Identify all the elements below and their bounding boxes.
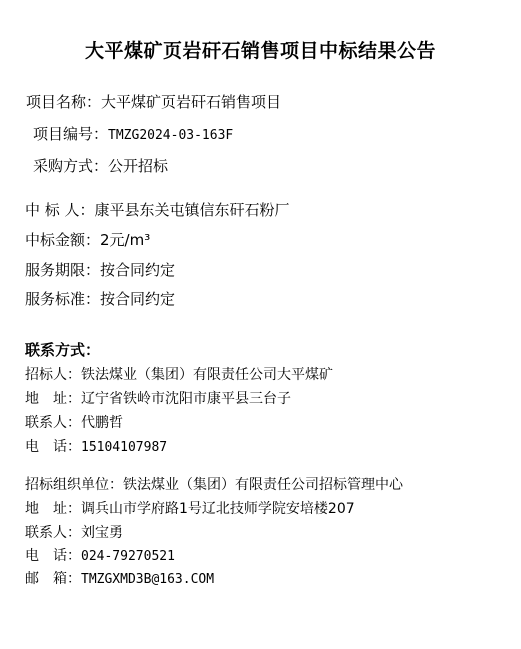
field-organizer-phone: 电 话：024-79270521 xyxy=(25,548,175,565)
field-project-name: 项目名称：大平煤矿页岩矸石销售项目 xyxy=(26,93,281,111)
tenderer-phone-label: 电 话： xyxy=(25,439,81,455)
tenderer-person-label: 联系人： xyxy=(25,415,81,431)
field-tenderer-address: 地 址：辽宁省铁岭市沈阳市康平县三台子 xyxy=(25,391,291,408)
organizer-phone-value: 024-79270521 xyxy=(81,549,175,564)
project-number-label: 项目编号： xyxy=(33,125,108,143)
winner-value: 康平县东关屯镇信东矸石粉厂 xyxy=(95,201,290,219)
field-service-period: 服务期限：按合同约定 xyxy=(25,261,175,279)
procurement-method-value: 公开招标 xyxy=(108,157,168,175)
field-project-number: 项目编号：TMZG2024-03-163F xyxy=(33,125,233,145)
winner-label: 中 标 人： xyxy=(25,201,95,219)
contact-heading: 联系方式： xyxy=(25,341,100,359)
tenderer-phone-value: 15104107987 xyxy=(81,440,167,455)
field-procurement-method: 采购方式：公开招标 xyxy=(33,157,168,175)
project-name-value: 大平煤矿页岩矸石销售项目 xyxy=(101,93,281,111)
announcement-page: 大平煤矿页岩矸石销售项目中标结果公告 项目名称：大平煤矿页岩矸石销售项目 项目编… xyxy=(0,0,521,649)
organizer-org-value: 铁法煤业（集团）有限责任公司招标管理中心 xyxy=(123,477,403,493)
field-organizer-org: 招标组织单位：铁法煤业（集团）有限责任公司招标管理中心 xyxy=(25,477,403,494)
tenderer-org-value: 铁法煤业（集团）有限责任公司大平煤矿 xyxy=(81,367,333,383)
project-number-value: TMZG2024-03-163F xyxy=(108,128,233,143)
field-organizer-address: 地 址：调兵山市学府路1号辽北技师学院安培楼207 xyxy=(25,501,355,518)
organizer-person-value: 刘宝勇 xyxy=(81,525,123,541)
organizer-org-label: 招标组织单位： xyxy=(25,477,123,493)
field-service-standard: 服务标准：按合同约定 xyxy=(25,290,175,308)
tenderer-address-value: 辽宁省铁岭市沈阳市康平县三台子 xyxy=(81,391,291,407)
organizer-email-value: TMZGXMD3B@163.COM xyxy=(81,572,214,587)
field-organizer-person: 联系人：刘宝勇 xyxy=(25,525,123,542)
service-standard-value: 按合同约定 xyxy=(100,290,175,308)
award-amount-label: 中标金额： xyxy=(25,231,100,249)
field-award-amount: 中标金额：2元/m³ xyxy=(25,231,150,249)
organizer-email-label: 邮 箱： xyxy=(25,571,81,587)
organizer-phone-label: 电 话： xyxy=(25,548,81,564)
tenderer-org-label: 招标人： xyxy=(25,367,81,383)
field-winner: 中 标 人：康平县东关屯镇信东矸石粉厂 xyxy=(25,201,290,219)
award-amount-value: 2元/m³ xyxy=(100,231,150,249)
tenderer-person-value: 代鹏哲 xyxy=(81,415,123,431)
organizer-address-value: 调兵山市学府路1号辽北技师学院安培楼207 xyxy=(81,501,355,517)
field-tenderer-org: 招标人：铁法煤业（集团）有限责任公司大平煤矿 xyxy=(25,367,333,384)
organizer-address-label: 地 址： xyxy=(25,501,81,517)
project-name-label: 项目名称： xyxy=(26,93,101,111)
field-tenderer-person: 联系人：代鹏哲 xyxy=(25,415,123,432)
procurement-method-label: 采购方式： xyxy=(33,157,108,175)
service-standard-label: 服务标准： xyxy=(25,290,100,308)
tenderer-address-label: 地 址： xyxy=(25,391,81,407)
field-tenderer-phone: 电 话：15104107987 xyxy=(25,439,167,456)
page-title: 大平煤矿页岩矸石销售项目中标结果公告 xyxy=(0,36,521,63)
organizer-person-label: 联系人： xyxy=(25,525,81,541)
service-period-value: 按合同约定 xyxy=(100,261,175,279)
field-organizer-email: 邮 箱：TMZGXMD3B@163.COM xyxy=(25,571,214,588)
service-period-label: 服务期限： xyxy=(25,261,100,279)
